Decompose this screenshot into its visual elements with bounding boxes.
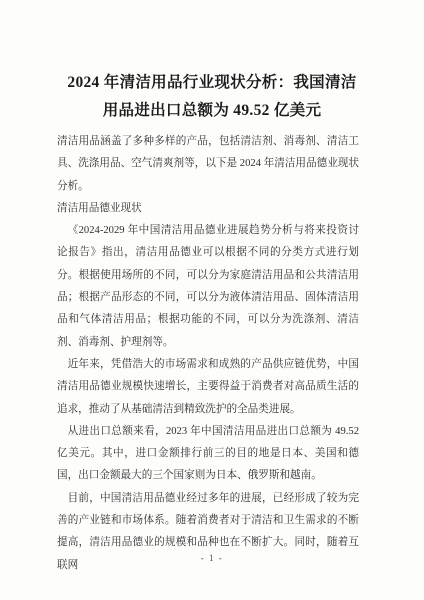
paragraph-market-growth: 近年来，凭借浩大的市场需求和成熟的产品供应链优势，中国清洁用品德业规模快速增长，… <box>57 354 359 421</box>
paragraph-intro: 清洁用品涵盖了多种多样的产品，包括清洁剂、消毒剂、清洁工具、洗涤用品、空气清爽剂… <box>57 131 359 198</box>
document-body: 清洁用品涵盖了多种多样的产品，包括清洁剂、消毒剂、清洁工具、洗涤用品、空气清爽剂… <box>57 131 359 577</box>
section-heading-industry-status: 清洁用品德业现状 <box>57 198 359 220</box>
document-title: 2024 年清洁用品行业现状分析：我国清洁用品进出口总额为 49.52 亿美元 <box>60 69 364 125</box>
paragraph-import-export-totals: 从进出口总额来看，2023 年中国清洁用品进出口总额为 49.52 亿美元。其中… <box>57 421 359 488</box>
document-page: 2024 年清洁用品行业现状分析：我国清洁用品进出口总额为 49.52 亿美元 … <box>0 0 424 600</box>
paragraph-report-classification: 《2024-2029 年中国清洁用品德业进展趋势分析与将来投资讨论报告》指出，清… <box>57 220 359 354</box>
page-number: - 1 - <box>0 553 424 563</box>
paragraph-current-development: 目前，中国清洁用品德业经过多年的进展，已经形成了较为完善的产业链和市场体系。随着… <box>57 488 359 577</box>
